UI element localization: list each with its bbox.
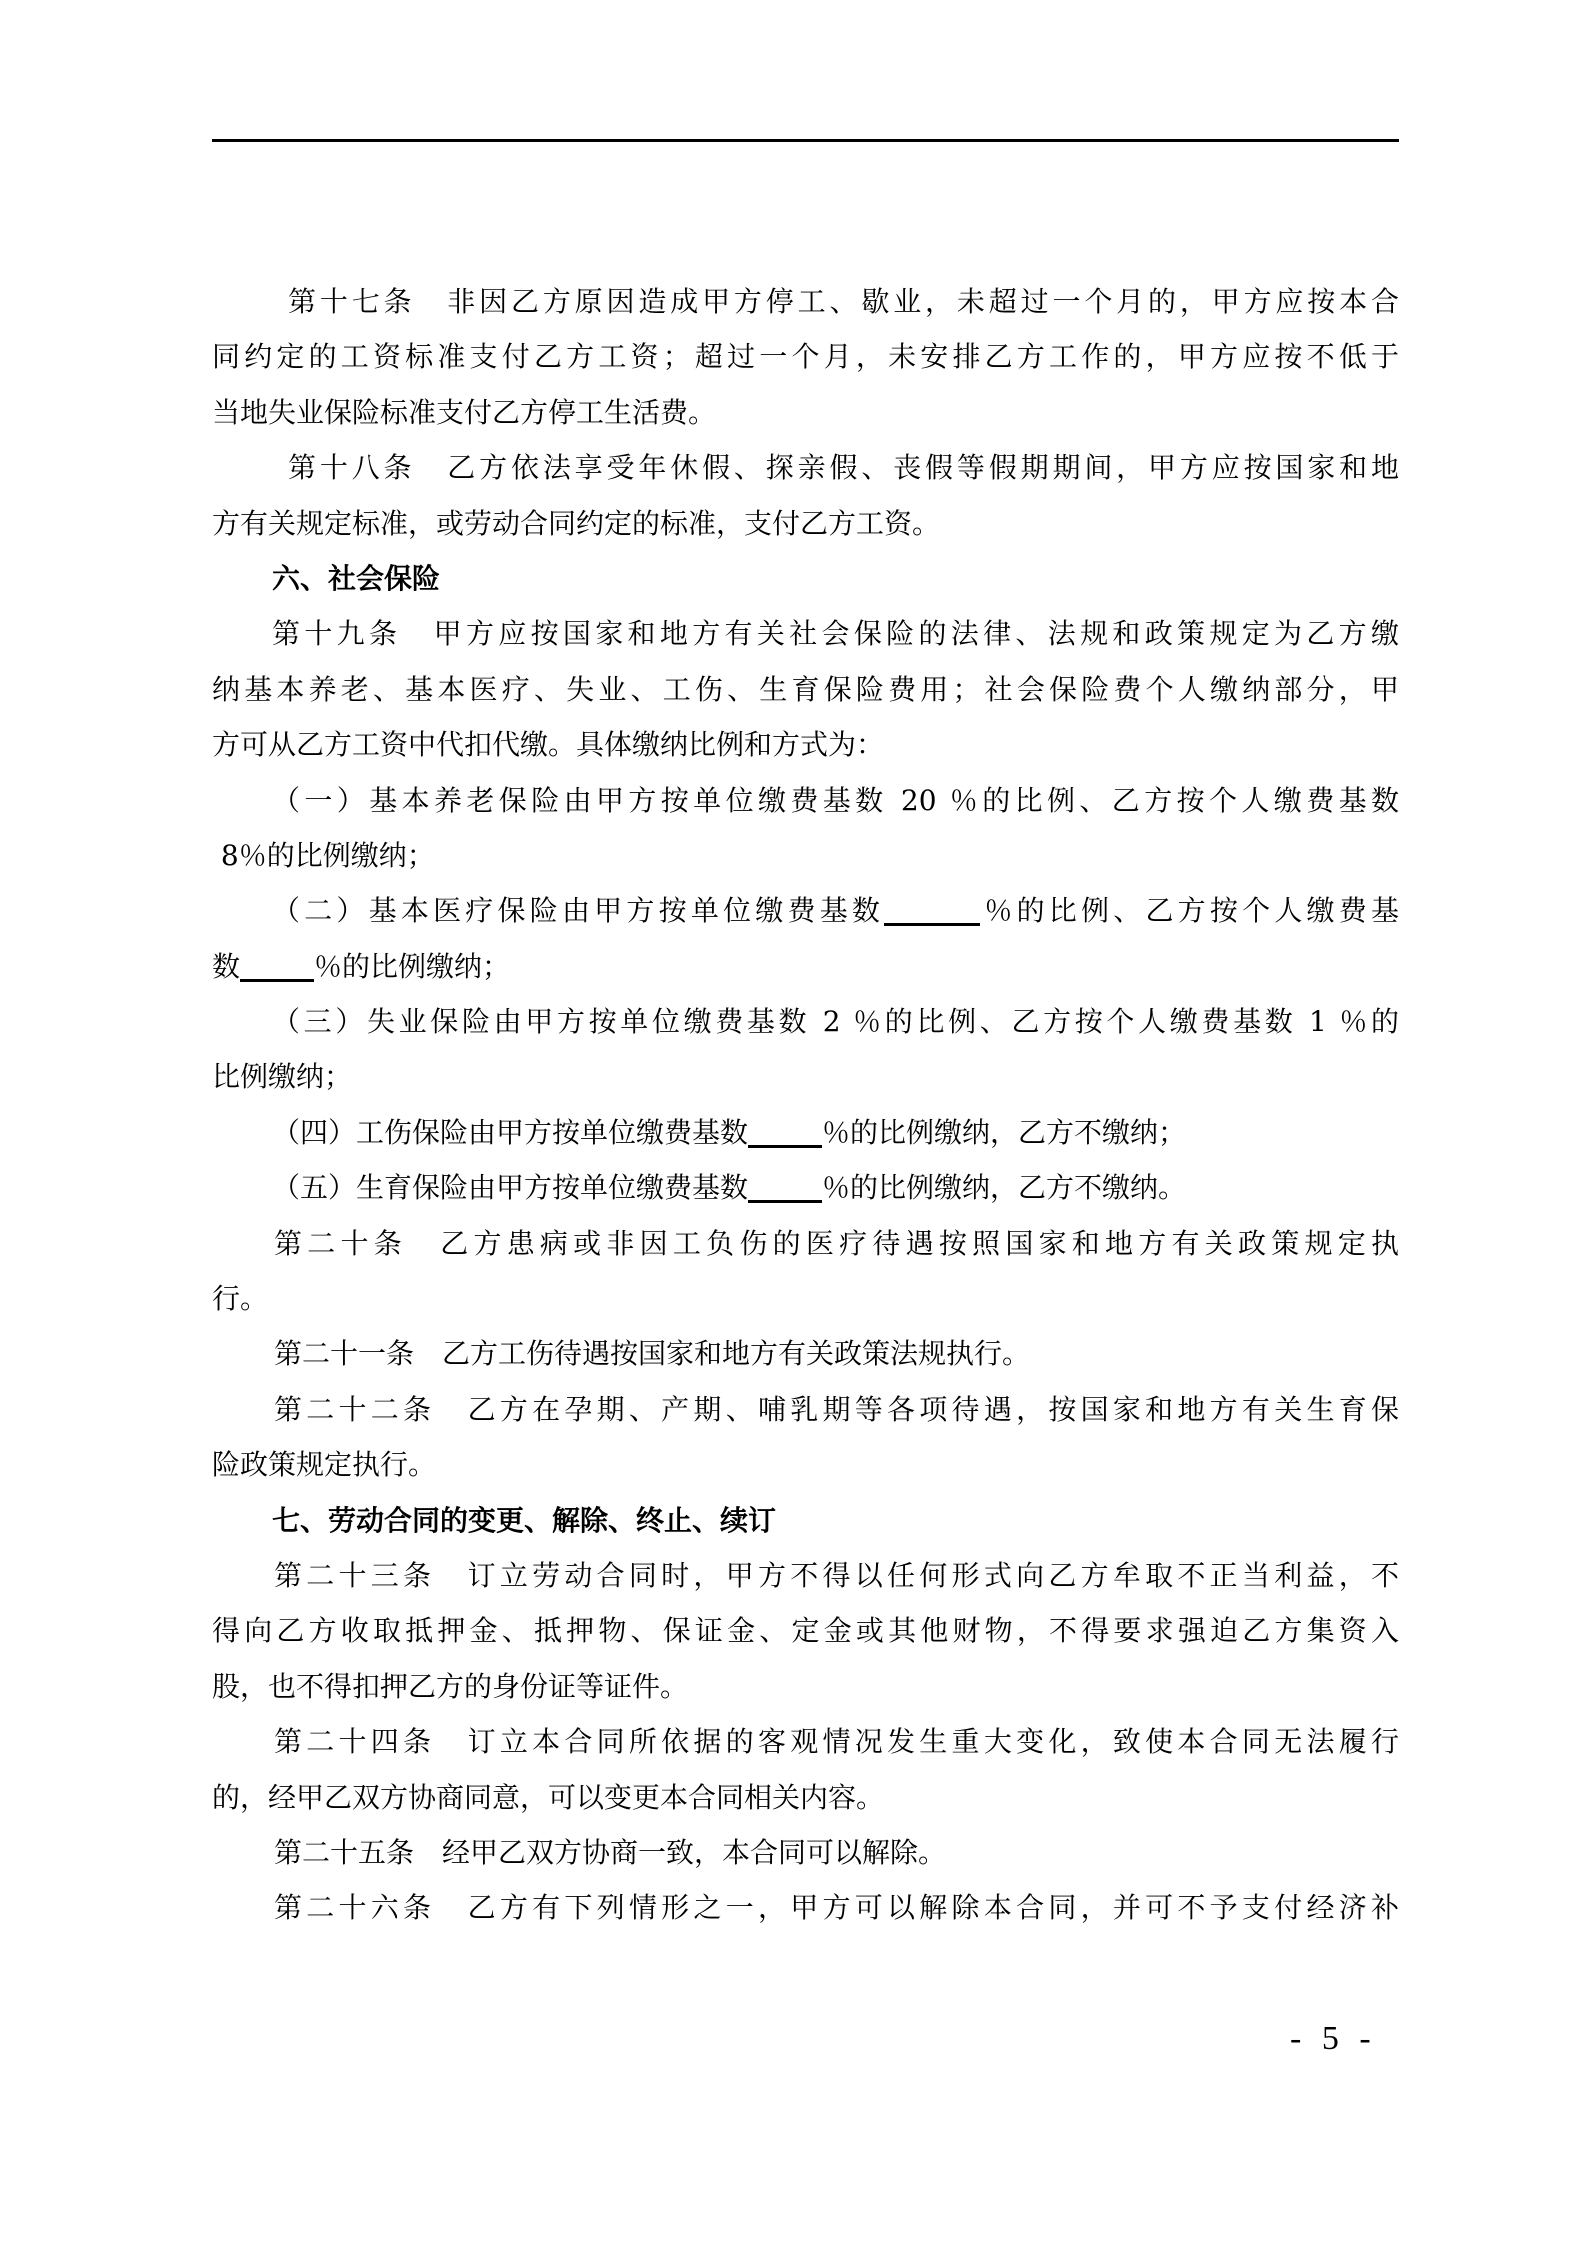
maternity-text-pre: （五）生育保险由甲方按单位缴费基数 xyxy=(272,1171,748,1204)
article-23-line-3: 股，也不得扣押乙方的身份证等证件。 xyxy=(212,1659,1399,1714)
work-injury-clause: （四）工伤保险由甲方按单位缴费基数％的比例缴纳，乙方不缴纳； xyxy=(212,1105,1399,1160)
pension-clause-line-1: （一）基本养老保险由甲方按单位缴费基数 20 ％的比例、乙方按个人缴费基数 xyxy=(212,773,1399,828)
article-19-line-1: 第十九条 甲方应按国家和地方有关社会保险的法律、法规和政策规定为乙方缴 xyxy=(212,606,1399,661)
article-20-line-1: 第二十条 乙方患病或非因工负伤的医疗待遇按照国家和地方有关政策规定执 xyxy=(212,1216,1399,1271)
article-26-line-1: 第二十六条 乙方有下列情形之一，甲方可以解除本合同，并可不予支付经济补 xyxy=(212,1880,1399,1935)
article-24-line-2: 的，经甲乙双方协商同意，可以变更本合同相关内容。 xyxy=(212,1770,1399,1825)
work-injury-text-post: ％的比例缴纳，乙方不缴纳； xyxy=(822,1116,1186,1149)
article-19-line-3: 方可从乙方工资中代扣代缴。具体缴纳比例和方式为： xyxy=(212,717,1399,772)
maternity-clause: （五）生育保险由甲方按单位缴费基数％的比例缴纳，乙方不缴纳。 xyxy=(212,1160,1399,1215)
article-23-line-1: 第二十三条 订立劳动合同时，甲方不得以任何形式向乙方牟取不正当利益，不 xyxy=(212,1548,1399,1603)
article-17-line-3: 当地失业保险标准支付乙方停工生活费。 xyxy=(212,385,1399,440)
article-18-line-1: 第十八条 乙方依法享受年休假、探亲假、丧假等假期期间，甲方应按国家和地 xyxy=(212,440,1399,495)
medical-employer-pct-blank[interactable] xyxy=(884,893,980,926)
article-24-line-1: 第二十四条 订立本合同所依据的客观情况发生重大变化，致使本合同无法履行 xyxy=(212,1714,1399,1769)
medical-clause-line-2: 数％的比例缴纳； xyxy=(212,939,1399,994)
medical-clause-text-pre: （二）基本医疗保险由甲方按单位缴费基数 xyxy=(272,894,884,927)
article-17-line-2: 同约定的工资标准支付乙方工资；超过一个月，未安排乙方工作的，甲方应按不低于 xyxy=(212,329,1399,384)
medical-clause-line-1: （二）基本医疗保险由甲方按单位缴费基数％的比例、乙方按个人缴费基 xyxy=(212,883,1399,938)
medical-clause-text-post: ％的比例、乙方按个人缴费基 xyxy=(980,894,1399,927)
article-25: 第二十五条 经甲乙双方协商一致，本合同可以解除。 xyxy=(212,1825,1399,1880)
page-number: - 5 - xyxy=(1290,2020,1377,2058)
article-21: 第二十一条 乙方工伤待遇按国家和地方有关政策法规执行。 xyxy=(212,1326,1399,1381)
medical-employee-pct-blank[interactable] xyxy=(240,949,314,982)
article-22-line-2: 险政策规定执行。 xyxy=(212,1437,1399,1492)
header-rule xyxy=(212,139,1399,142)
section-heading-social-insurance: 六、社会保险 xyxy=(212,551,1399,606)
medical-clause-2-text-post: ％的比例缴纳； xyxy=(314,950,510,983)
article-23-line-2: 得向乙方收取抵押金、抵押物、保证金、定金或其他财物，不得要求强迫乙方集资入 xyxy=(212,1603,1399,1658)
unemployment-clause-line-1: （三）失业保险由甲方按单位缴费基数 2 ％的比例、乙方按个人缴费基数 1 ％的 xyxy=(212,994,1399,1049)
document-body: 第十七条 非因乙方原因造成甲方停工、歇业，未超过一个月的，甲方应按本合 同约定的… xyxy=(212,274,1399,1936)
article-19-line-2: 纳基本养老、基本医疗、失业、工伤、生育保险费用；社会保险费个人缴纳部分，甲 xyxy=(212,662,1399,717)
article-20-line-2: 行。 xyxy=(212,1271,1399,1326)
work-injury-text-pre: （四）工伤保险由甲方按单位缴费基数 xyxy=(272,1116,748,1149)
medical-clause-2-text-pre: 数 xyxy=(212,950,240,983)
unemployment-clause-line-2: 比例缴纳； xyxy=(212,1049,1399,1104)
maternity-text-post: ％的比例缴纳，乙方不缴纳。 xyxy=(822,1171,1186,1204)
section-heading-contract-changes: 七、劳动合同的变更、解除、终止、续订 xyxy=(212,1493,1399,1548)
article-18-line-2: 方有关规定标准，或劳动合同约定的标准，支付乙方工资。 xyxy=(212,496,1399,551)
article-22-line-1: 第二十二条 乙方在孕期、产期、哺乳期等各项待遇，按国家和地方有关生育保 xyxy=(212,1382,1399,1437)
work-injury-pct-blank[interactable] xyxy=(748,1115,822,1148)
pension-clause-line-2: 8％的比例缴纳； xyxy=(212,828,1399,883)
maternity-pct-blank[interactable] xyxy=(748,1170,822,1203)
article-17-line-1: 第十七条 非因乙方原因造成甲方停工、歇业，未超过一个月的，甲方应按本合 xyxy=(212,274,1399,329)
